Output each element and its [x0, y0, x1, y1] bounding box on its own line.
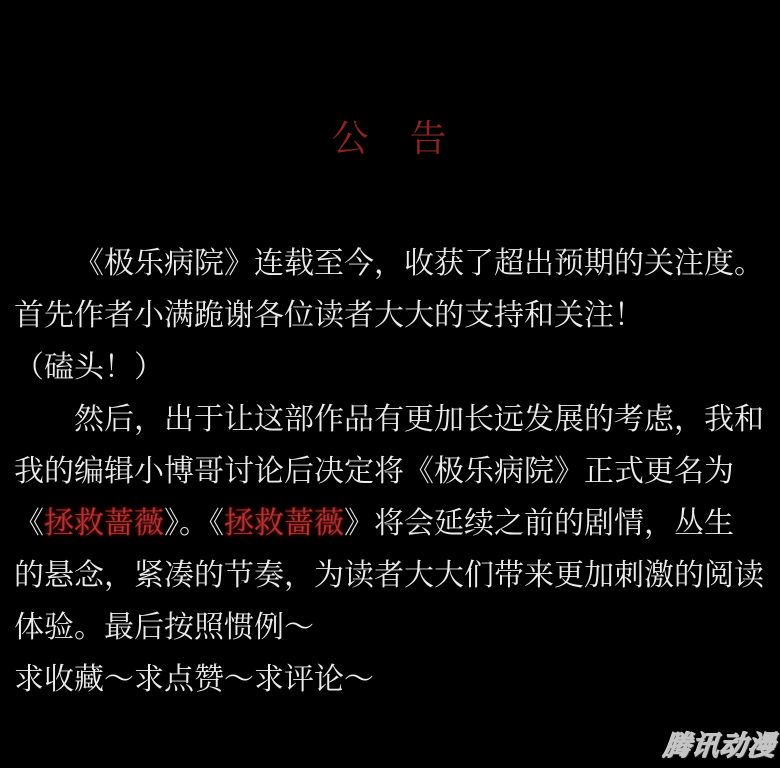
announcement-line: 我的编辑小博哥讨论后决定将《极乐病院》正式更名为 — [14, 446, 774, 498]
highlighted-book-title: 拯救蔷薇 — [224, 507, 344, 540]
text-segment: 》。《 — [164, 507, 224, 540]
page-title: 公 告 — [0, 117, 780, 161]
announcement-page: 公 告 《极乐病院》连载至今，收获了超出预期的关注度。首先作者小满跪谢各位读者大… — [0, 0, 780, 768]
text-segment: 然后，出于让这部作品有更加长远发展的考虑，我和 — [74, 403, 764, 436]
announcement-line: 体验。最后按照惯例～ — [14, 602, 774, 654]
announcement-line: 《极乐病院》连载至今，收获了超出预期的关注度。 — [14, 238, 774, 290]
text-segment: 求收藏～求点赞～求评论～ — [14, 663, 374, 696]
announcement-line: （磕头！） — [14, 342, 774, 394]
text-segment: 首先作者小满跪谢各位读者大大的支持和关注！ — [14, 299, 644, 332]
announcement-body: 《极乐病院》连载至今，收获了超出预期的关注度。首先作者小满跪谢各位读者大大的支持… — [14, 238, 774, 706]
text-segment: 《极乐病院》连载至今，收获了超出预期的关注度。 — [74, 247, 764, 280]
text-segment: 《 — [14, 507, 44, 540]
announcement-line: 《拯救蔷薇》。《拯救蔷薇》将会延续之前的剧情，丛生 — [14, 498, 774, 550]
tencent-comics-watermark: 腾讯动漫 — [662, 728, 778, 764]
text-segment: （磕头！） — [14, 351, 164, 384]
announcement-line: 首先作者小满跪谢各位读者大大的支持和关注！ — [14, 290, 774, 342]
announcement-line: 的悬念，紧凑的节奏，为读者大大们带来更加刺激的阅读 — [14, 550, 774, 602]
text-segment: 的悬念，紧凑的节奏，为读者大大们带来更加刺激的阅读 — [14, 559, 764, 592]
announcement-line: 然后，出于让这部作品有更加长远发展的考虑，我和 — [14, 394, 774, 446]
highlighted-book-title: 拯救蔷薇 — [44, 507, 164, 540]
announcement-line: 求收藏～求点赞～求评论～ — [14, 654, 774, 706]
text-segment: 》将会延续之前的剧情，丛生 — [344, 507, 734, 540]
text-segment: 体验。最后按照惯例～ — [14, 611, 314, 644]
text-segment: 我的编辑小博哥讨论后决定将《极乐病院》正式更名为 — [14, 455, 734, 488]
